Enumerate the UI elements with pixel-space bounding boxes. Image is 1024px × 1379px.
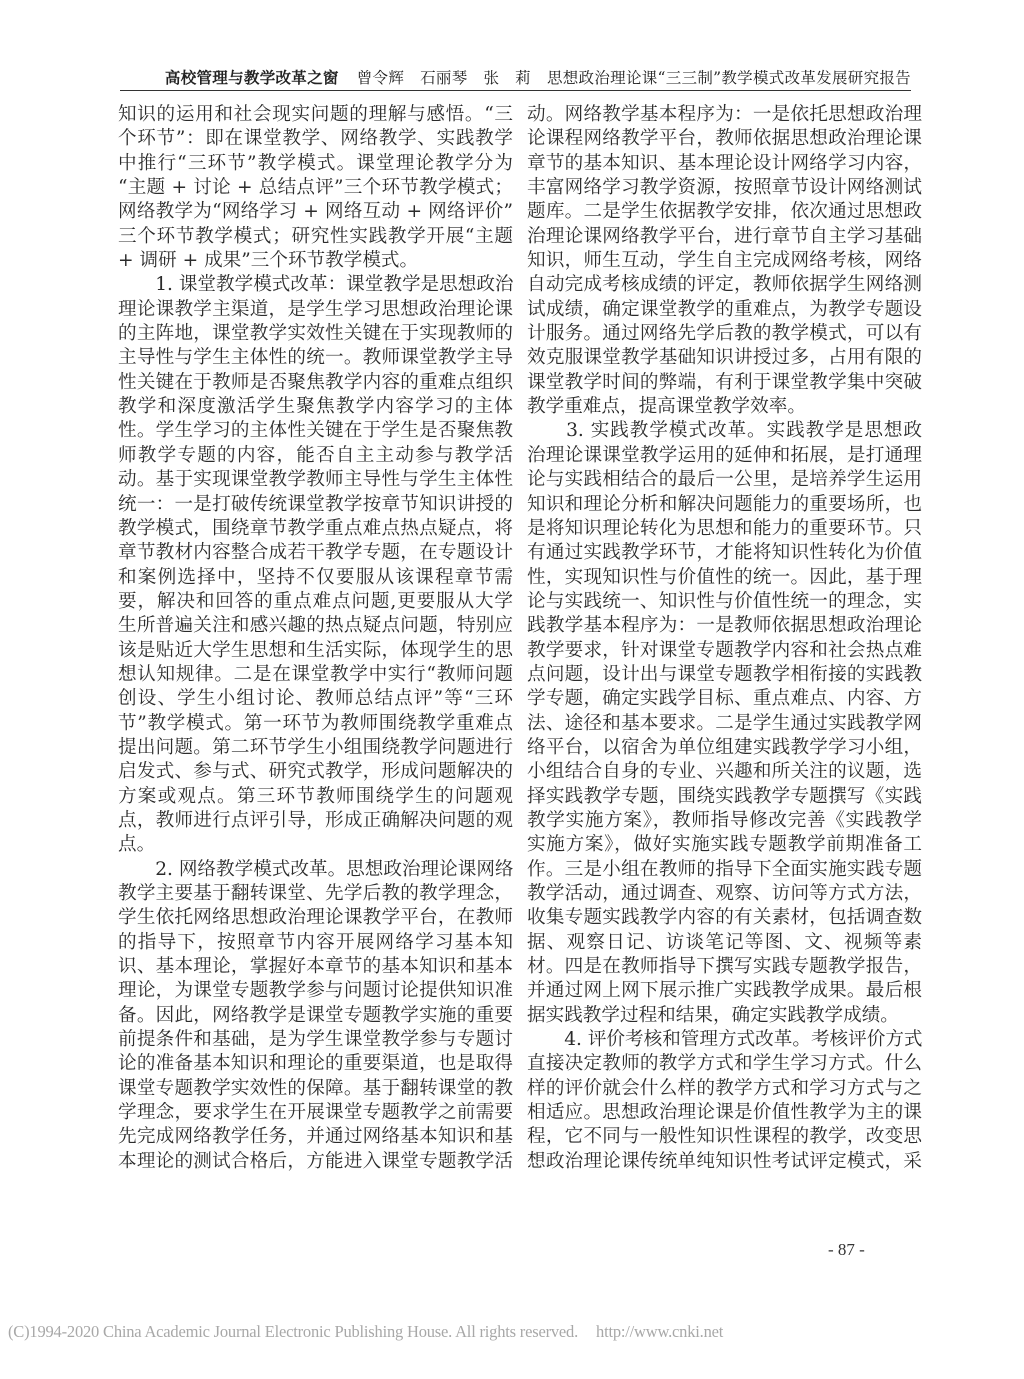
text-line: 教学和深度激活学生聚焦教学内容学习的主体 <box>118 395 513 419</box>
text-line: 生所普遍关注和感兴趣的热点疑点问题，特别应 <box>118 614 513 638</box>
text-line: 1. 课堂教学模式改革：课堂教学是思想政治 <box>118 273 513 297</box>
text-line: 提出问题。第二环节学生小组围绕教学问题进行 <box>118 736 513 760</box>
text-line: 知识和理论分析和解决问题能力的重要场所，也 <box>527 493 922 517</box>
text-line: 自动完成考核成绩的评定，教师依据学生网络测 <box>527 273 922 297</box>
text-line: 是将知识理论转化为思想和能力的重要环节。只 <box>527 517 922 541</box>
text-line: 先完成网络教学任务，并通过网络基本知识和基 <box>118 1125 513 1149</box>
text-line: 效克服课堂教学基础知识讲授过多，占用有限的 <box>527 346 922 370</box>
text-line: 小组结合自身的专业、兴趣和所关注的议题，选 <box>527 760 922 784</box>
header-divider <box>120 90 911 91</box>
text-line: 创设、学生小组讨论、教师总结点评”等“三环 <box>118 687 513 711</box>
text-line: 课堂教学时间的弊端，有利于课堂教学集中突破 <box>527 371 922 395</box>
author-name: 张 莉 <box>484 69 531 87</box>
text-line: 材。四是在教师指导下撰写实践专题教学报告， <box>527 955 922 979</box>
text-line: 节”教学模式。第一环节为教师围绕教学重难点 <box>118 712 513 736</box>
text-line: 本理论的测试合格后，方能进入课堂专题教学活 <box>118 1150 513 1174</box>
text-line: 丰富网络学习教学资源，按照章节设计网络测试 <box>527 176 922 200</box>
author-name: 石丽琴 <box>420 69 467 87</box>
text-line: 样的评价就会什么样的教学方式和学习方式与之 <box>527 1077 922 1101</box>
text-line: 并通过网上网下展示推广实践教学成果。最后根 <box>527 979 922 1003</box>
running-header: 高校管理与教学改革之窗曾令辉石丽琴张 莉思想政治理论课“三三制”教学模式改革发展… <box>133 66 911 90</box>
text-line: 性关键在于教师是否聚焦教学内容的重难点组织 <box>118 371 513 395</box>
text-line: 想政治理论课传统单纯知识性考试评定模式，采 <box>527 1150 922 1174</box>
text-line: 主导性与学生主体性的统一。教师课堂教学主导 <box>118 346 513 370</box>
text-line: 据、观察日记、访谈笔记等图、文、视频等素 <box>527 931 922 955</box>
text-line: 章节的基本知识、基本理论设计网络学习内容， <box>527 152 922 176</box>
text-line: 的指导下，按照章节内容开展网络学习基本知 <box>118 931 513 955</box>
text-line: 该是贴近大学生思想和生活实际，体现学生的思 <box>118 639 513 663</box>
text-line: 题库。二是学生依据教学安排，依次通过思想政 <box>527 200 922 224</box>
text-line: 前提条件和基础，是为学生课堂教学参与专题讨 <box>118 1028 513 1052</box>
text-line: 论的准备基本知识和理论的重要渠道，也是取得 <box>118 1052 513 1076</box>
text-line: “主题 + 讨论 + 总结点评”三个环节教学模式； <box>118 176 513 200</box>
text-line: 据实践教学过程和结果，确定实践教学成绩。 <box>527 1004 922 1028</box>
text-line: 教学模式，围绕章节教学重点难点热点疑点，将 <box>118 517 513 541</box>
text-line: 3. 实践教学模式改革。实践教学是思想政 <box>527 419 922 443</box>
text-line: 法、途径和基本要求。二是学生通过实践教学网 <box>527 712 922 736</box>
text-line: 动。基于实现课堂教学教师主导性与学生主体性 <box>118 468 513 492</box>
text-line: 教学主要基于翻转课堂、先学后教的教学理念， <box>118 882 513 906</box>
text-line: 点问题，设计出与课堂专题教学相衔接的实践教 <box>527 663 922 687</box>
text-line: 统一：一是打破传统课堂教学按章节知识讲授的 <box>118 493 513 517</box>
copyright-text: (C)1994-2020 China Academic Journal Elec… <box>8 1322 578 1341</box>
text-line: 教学实施方案》，教师指导修改完善《实践教学 <box>527 809 922 833</box>
text-line: 方案或观点。第三环节教师围绕学生的问题观 <box>118 785 513 809</box>
text-line: 的主阵地，课堂教学实效性关键在于实现教师的 <box>118 322 513 346</box>
cnki-url: http://www.cnki.net <box>596 1322 723 1341</box>
text-line: 相适应。思想政治理论课是价值性教学为主的课 <box>527 1101 922 1125</box>
text-line: 择实践教学专题，围绕实践教学专题撰写《实践 <box>527 785 922 809</box>
text-line: 性，实现知识性与价值性的统一。因此，基于理 <box>527 566 922 590</box>
text-line: 中推行“三环节”教学模式。课堂理论教学分为 <box>118 152 513 176</box>
text-line: 4. 评价考核和管理方式改革。考核评价方式 <box>527 1028 922 1052</box>
text-line: 实施方案》，做好实施实践专题教学前期准备工 <box>527 833 922 857</box>
page-number: - 87 - <box>828 1240 865 1260</box>
text-line: + 调研 + 成果”三个环节教学模式。 <box>118 249 513 273</box>
text-line: 识、基本理论，掌握好本章节的基本知识和基本 <box>118 955 513 979</box>
text-line: 论与实践统一、知识性与价值性统一的理念，实 <box>527 590 922 614</box>
text-line: 想认知规律。二是在课堂教学中实行“教师问题 <box>118 663 513 687</box>
text-line: 程，它不同与一般性知识性课程的教学，改变思 <box>527 1125 922 1149</box>
text-line: 网络教学为“网络学习 + 网络互动 + 网络评价” <box>118 200 513 224</box>
text-line: 知识，师生互动，学生自主完成网络考核，网络 <box>527 249 922 273</box>
text-line: 课堂专题教学实效性的保障。基于翻转课堂的教 <box>118 1077 513 1101</box>
text-line: 试成绩，确定课堂教学的重难点，为教学专题设 <box>527 298 922 322</box>
text-line: 作。三是小组在教师的指导下全面实施实践专题 <box>527 858 922 882</box>
text-line: 备。因此，网络教学是课堂专题教学实施的重要 <box>118 1004 513 1028</box>
left-column: 知识的运用和社会现实问题的理解与感悟。“三个环节”：即在课堂教学、网络教学、实践… <box>118 103 513 1174</box>
right-column: 动。网络教学基本程序为：一是依托思想政治理论课程网络教学平台，教师依据思想政治理… <box>527 103 922 1174</box>
text-line: 治理论课网络教学平台，进行章节自主学习基础 <box>527 225 922 249</box>
text-line: 理论，为课堂专题教学参与问题讨论提供知识准 <box>118 979 513 1003</box>
copyright-notice: (C)1994-2020 China Academic Journal Elec… <box>8 1322 723 1342</box>
text-line: 2. 网络教学模式改革。思想政治理论课网络 <box>118 858 513 882</box>
text-line: 启发式、参与式、研究式教学，形成问题解决的 <box>118 760 513 784</box>
text-line: 要，解决和回答的重点难点问题,更要服从大学 <box>118 590 513 614</box>
text-line: 知识的运用和社会现实问题的理解与感悟。“三 <box>118 103 513 127</box>
text-line: 点，教师进行点评引导，形成正确解决问题的观 <box>118 809 513 833</box>
text-line: 和案例选择中，坚持不仅要服从该课程章节需 <box>118 566 513 590</box>
text-line: 学专题，确定实践学目标、重点难点、内容、方 <box>527 687 922 711</box>
text-line: 践教学基本程序为：一是教师依据思想政治理论 <box>527 614 922 638</box>
text-line: 络平台，以宿舍为单位组建实践教学学习小组， <box>527 736 922 760</box>
text-line: 教学重难点，提高课堂教学效率。 <box>527 395 922 419</box>
text-line: 论与实践相结合的最后一公里，是培养学生运用 <box>527 468 922 492</box>
text-line: 理论课教学主渠道，是学生学习思想政治理论课 <box>118 298 513 322</box>
text-line: 教学要求，针对课堂专题教学内容和社会热点难 <box>527 639 922 663</box>
text-line: 章节教材内容整合成若干教学专题，在专题设计 <box>118 541 513 565</box>
text-line: 计服务。通过网络先学后教的教学模式，可以有 <box>527 322 922 346</box>
text-line: 性。学生学习的主体性关键在于学生是否聚焦教 <box>118 419 513 443</box>
text-line: 学理念，要求学生在开展课堂专题教学之前需要 <box>118 1101 513 1125</box>
text-line: 点。 <box>118 833 513 857</box>
text-line: 学生依托网络思想政治理论课教学平台，在教师 <box>118 906 513 930</box>
text-line: 收集专题实践教学内容的有关素材，包括调查数 <box>527 906 922 930</box>
journal-section-title: 高校管理与教学改革之窗 <box>165 69 339 87</box>
text-line: 三个环节教学模式；研究性实践教学开展“主题 <box>118 225 513 249</box>
article-title: 思想政治理论课“三三制”教学模式改革发展研究报告 <box>547 69 911 87</box>
text-line: 师教学专题的内容，能否自主主动参与教学活 <box>118 444 513 468</box>
text-line: 个环节”：即在课堂教学、网络教学、实践教学 <box>118 127 513 151</box>
author-name: 曾令辉 <box>357 69 404 87</box>
text-line: 有通过实践教学环节，才能将知识性转化为价值 <box>527 541 922 565</box>
text-line: 论课程网络教学平台，教师依据思想政治理论课 <box>527 127 922 151</box>
text-line: 教学活动，通过调查、观察、访问等方式方法， <box>527 882 922 906</box>
text-line: 治理论课课堂教学运用的延伸和拓展，是打通理 <box>527 444 922 468</box>
text-line: 直接决定教师的教学方式和学生学习方式。什么 <box>527 1052 922 1076</box>
text-line: 动。网络教学基本程序为：一是依托思想政治理 <box>527 103 922 127</box>
